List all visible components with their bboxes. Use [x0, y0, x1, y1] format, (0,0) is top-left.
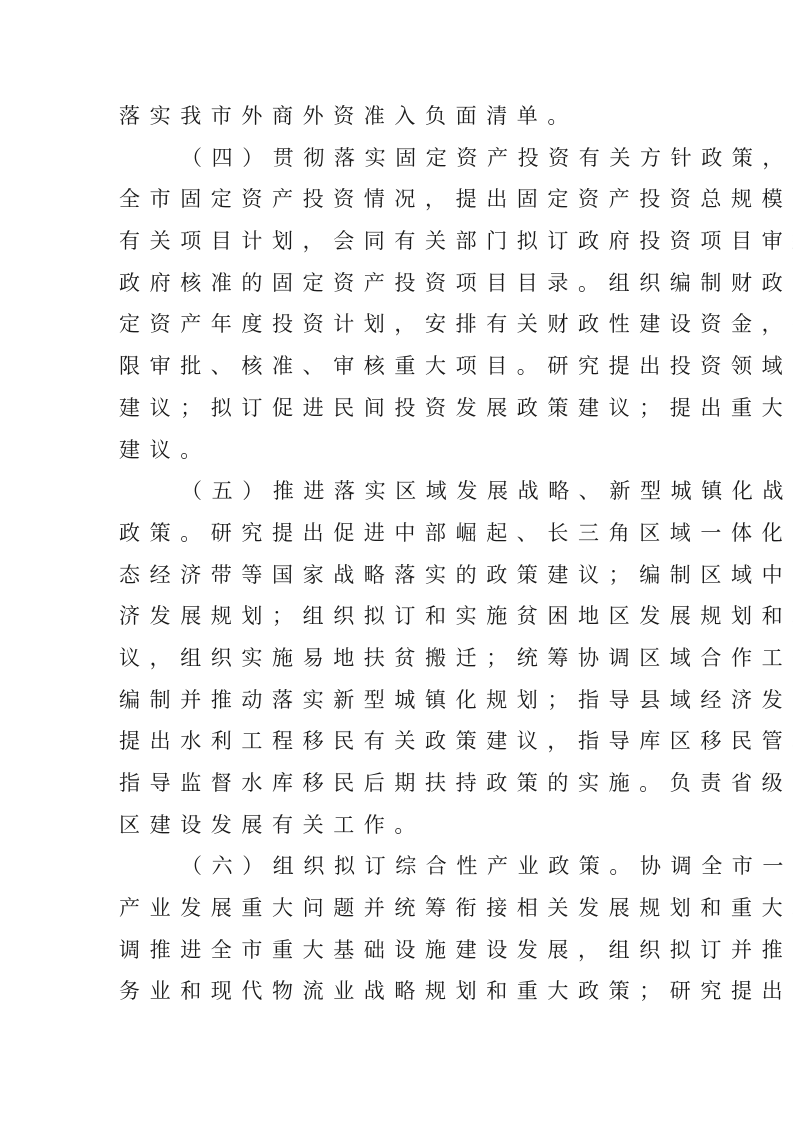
text-line: 建议；拟订促进民间投资发展政策建议；提出重大项目布局	[119, 388, 679, 430]
section-heading-line: （五）推进落实区域发展战略、新型城镇化战略和重大	[119, 471, 679, 513]
text-line: 济发展规划；组织拟订和实施贫困地区发展规划和政策建	[119, 596, 679, 638]
text-line: 限审批、核准、审核重大项目。研究提出投资领域重大政策	[119, 346, 679, 388]
section-heading-line: （六）组织拟订综合性产业政策。协调全市一、二、三	[119, 846, 679, 888]
section-heading-line: （四）贯彻落实固定资产投资有关方针政策，研究分析	[119, 138, 679, 180]
text-line: 定资产年度投资计划，安排有关财政性建设资金，按规定权	[119, 304, 679, 346]
text-line: 务业和现代物流业战略规划和重大政策；研究提出重要商品	[119, 971, 679, 1013]
text-line: 调推进全市重大基础设施建设发展，组织拟订并推动实施服	[119, 930, 679, 972]
text-line: 产业发展重大问题并统筹衔接相关发展规划和重大政策。协	[119, 888, 679, 930]
text-line: 指导监督水库移民后期扶持政策的实施。负责省级以上开发	[119, 763, 679, 805]
text-line: 编制并推动落实新型城镇化规划；指导县域经济发展；研究	[119, 680, 679, 722]
document-page: 落实我市外商外资准入负面清单。 （四）贯彻落实固定资产投资有关方针政策，研究分析…	[119, 96, 679, 1013]
text-line: 议，组织实施易地扶贫搬迁；统筹协调区域合作工作；组织	[119, 638, 679, 680]
text-line: 有关项目计划，会同有关部门拟订政府投资项目审批权限和	[119, 221, 679, 263]
text-line: 落实我市外商外资准入负面清单。	[119, 96, 679, 138]
text-line: 态经济带等国家战略落实的政策建议；编制区域中心城市经	[119, 555, 679, 597]
text-line: 全市固定资产投资情况，提出固定资产投资总规模、结构和	[119, 179, 679, 221]
text-line: 政府核准的固定资产投资项目目录。组织编制财政预算内固	[119, 263, 679, 305]
text-line: 区建设发展有关工作。	[119, 805, 679, 847]
text-line: 建议。	[119, 430, 679, 472]
text-line: 政策。研究提出促进中部崛起、长三角区域一体化、淮河生	[119, 513, 679, 555]
text-line: 提出水利工程移民有关政策建议，指导库区移民管理工作，	[119, 721, 679, 763]
